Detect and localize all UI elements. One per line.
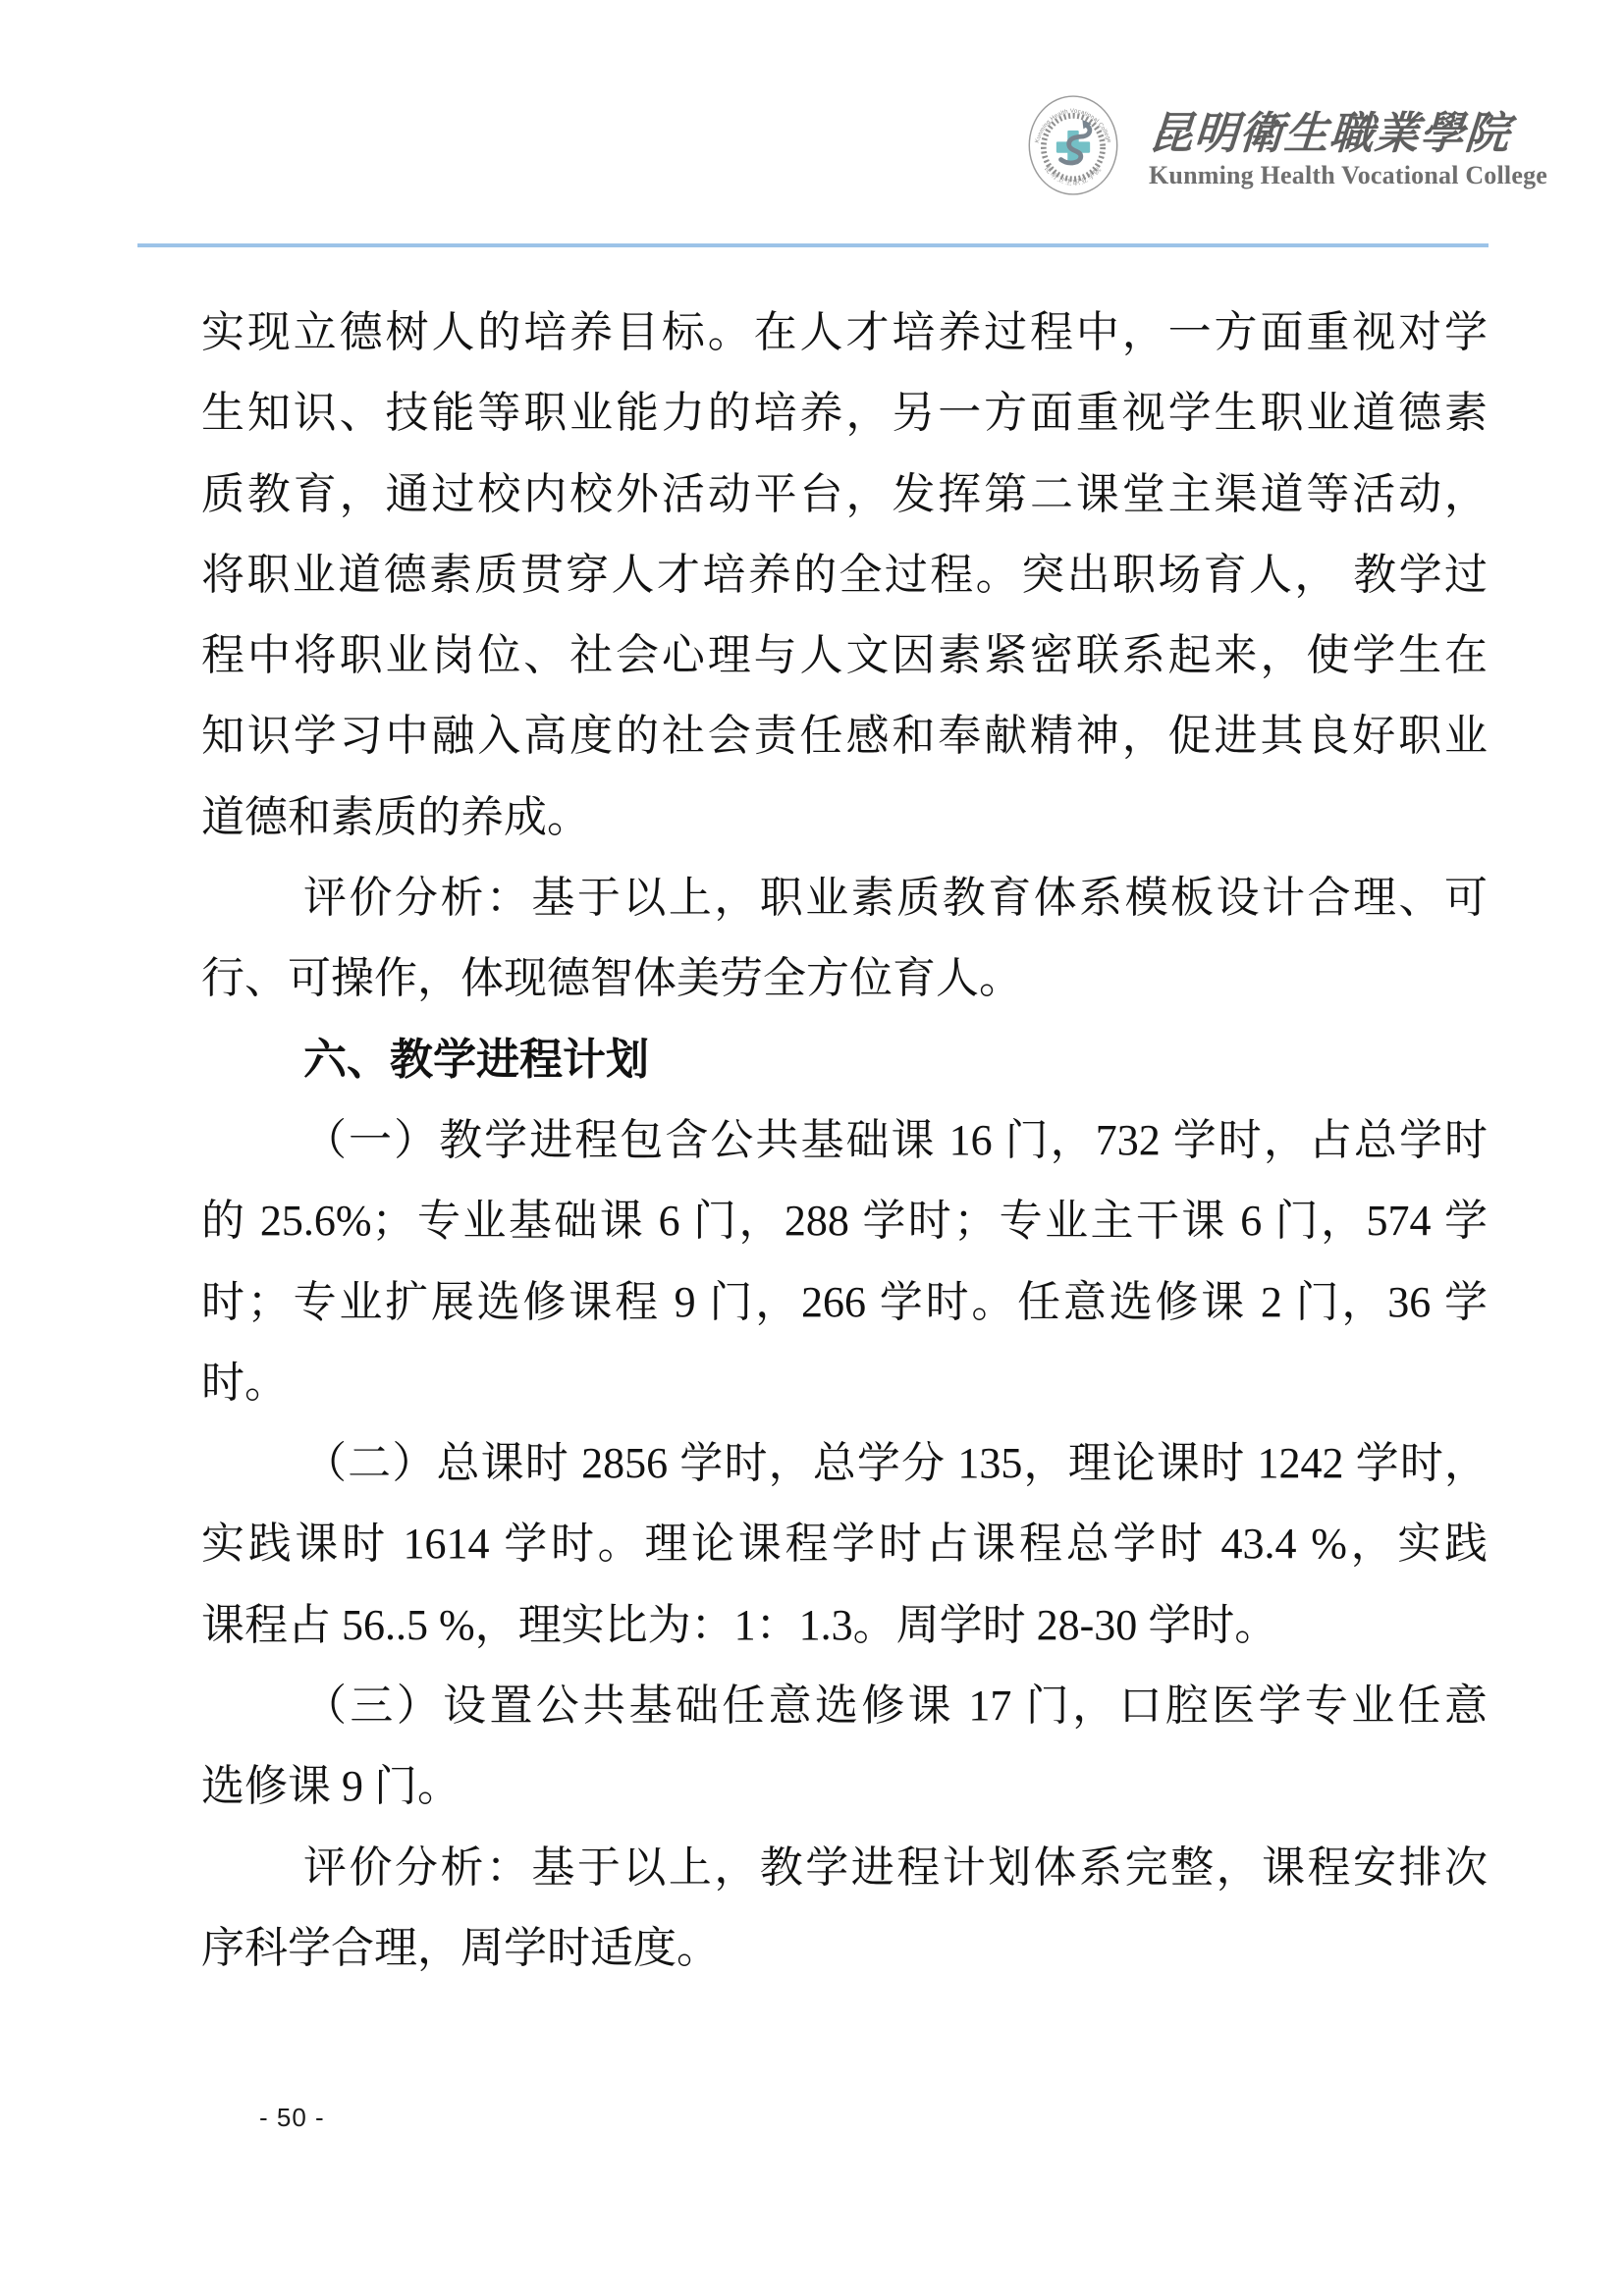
body-line: 选修课 9 门。 (201, 1746, 1488, 1827)
body-line: （一）教学进程包含公共基础课 16 门，732 学时，占总学时 (201, 1100, 1488, 1181)
body-line: 程中将职业岗位、社会心理与人文因素紧密联系起来，使学生在 (201, 615, 1488, 696)
document-body: 实现立德树人的培养目标。在人才培养过程中，一方面重视对学生知识、技能等职业能力的… (201, 293, 1488, 1989)
section-heading: 六、教学进程计划 (201, 1020, 1488, 1100)
letterhead: Kunming Health Vocational College 昆明卫生职业… (1027, 94, 1547, 196)
body-line: 评价分析：基于以上，职业素质教育体系模板设计合理、可 (201, 858, 1488, 938)
college-seal-logo: Kunming Health Vocational College 昆明卫生职业… (1027, 94, 1119, 196)
body-line: 时。 (201, 1343, 1488, 1423)
college-name-english: Kunming Health Vocational College (1149, 161, 1547, 190)
body-line: 将职业道德素质贯穿人才培养的全过程。突出职场育人， 教学过 (201, 535, 1488, 615)
body-line: 序科学合理，周学时适度。 (201, 1908, 1488, 1989)
body-line: 实现立德树人的培养目标。在人才培养过程中，一方面重视对学 (201, 293, 1488, 373)
body-line: 生知识、技能等职业能力的培养，另一方面重视学生职业道德素 (201, 373, 1488, 454)
body-line: 道德和素质的养成。 (201, 777, 1488, 858)
header-divider-rule (137, 243, 1489, 247)
body-line: 行、可操作，体现德智体美劳全方位育人。 (201, 938, 1488, 1019)
college-name-calligraphy: 昆明衛生職業學院 (1147, 108, 1549, 159)
body-line: 实践课时 1614 学时。理论课程学时占课程总学时 43.4 %，实践 (201, 1504, 1488, 1584)
body-line: 评价分析：基于以上，教学进程计划体系完整，课程安排次 (201, 1828, 1488, 1908)
body-line: （三）设置公共基础任意选修课 17 门，口腔医学专业任意 (201, 1666, 1488, 1746)
body-line: 知识学习中融入高度的社会责任感和奉献精神，促进其良好职业 (201, 696, 1488, 776)
body-line: 时；专业扩展选修课程 9 门，266 学时。任意选修课 2 门，36 学 (201, 1262, 1488, 1343)
page-number: - 50 - (259, 2103, 325, 2133)
body-line: 的 25.6%；专业基础课 6 门，288 学时；专业主干课 6 门，574 学 (201, 1181, 1488, 1261)
body-line: 质教育，通过校内校外活动平台，发挥第二课堂主渠道等活动， (201, 454, 1488, 535)
brand-text-block: 昆明衛生職業學院 Kunming Health Vocational Colle… (1149, 108, 1547, 190)
body-line: （二）总课时 2856 学时，总学分 135，理论课时 1242 学时， (201, 1423, 1488, 1504)
document-page: Kunming Health Vocational College 昆明卫生职业… (0, 0, 1624, 2296)
body-line: 课程占 56..5 %，理实比为：1：1.3。周学时 28-30 学时。 (201, 1585, 1488, 1666)
